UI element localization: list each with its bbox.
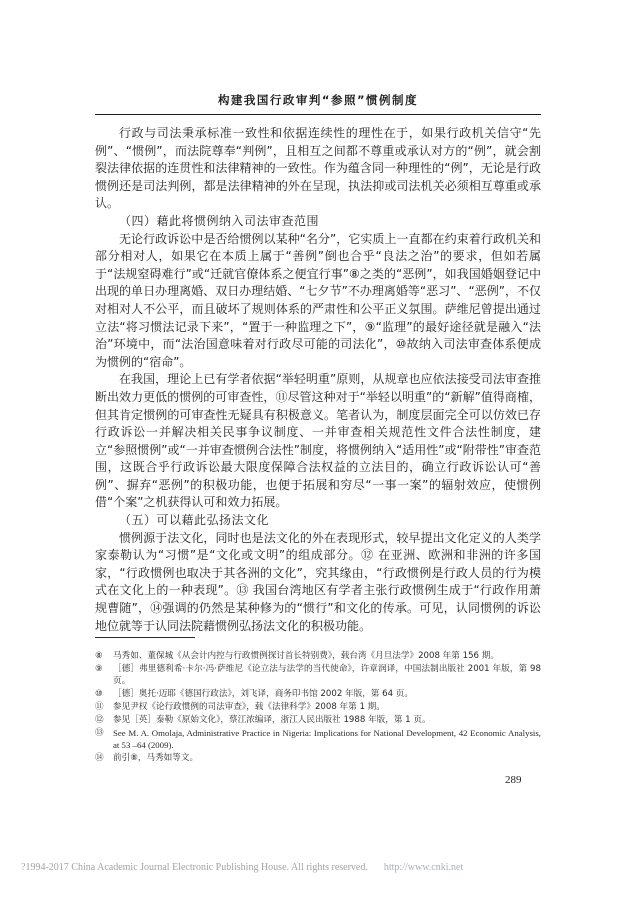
footnote-item: ⑪参见尹权《论行政惯例的司法审查》，载《法律科学》2008 年第 1 期。 (95, 701, 541, 713)
running-head: 构建我国行政审判“参照”惯例制度 (95, 92, 541, 115)
body-paragraph: 惯例源于法文化，同时也是法文化的外在表现形式，较早提出文化定义的人类学家泰勒认为… (95, 530, 541, 636)
footnote-text: 参见［英］泰勒《原始文化》，蔡江浓编译，浙江人民出版社 1988 年版，第 1 … (109, 714, 541, 726)
header-rule (95, 114, 541, 115)
footnote-marker: ⑭ (95, 752, 109, 764)
footnote-text: ［德］奥托·迈耶《德国行政法》，刘飞译，商务印书馆 2002 年版，第 64 页… (109, 688, 541, 700)
footnote-text: 前引⑧，马秀如等文。 (109, 752, 541, 764)
section-heading: （四）藉此将惯例纳入司法审查范围 (95, 213, 541, 231)
footnote-marker: ⑬ (95, 727, 109, 739)
article-title: 构建我国行政审判“参照”惯例制度 (95, 92, 541, 108)
footnote-item: ⑨［德］弗里德利希·卡尔·冯·萨维尼《论立法与法学的当代使命》，许章润译，中国法… (95, 663, 541, 687)
footnote-text: 马秀如、董保城《从会计内控与行政惯例探讨首长特别费》，载台湾《月旦法学》2008… (109, 650, 541, 662)
page-number: 289 (505, 774, 522, 786)
footnote-marker: ⑨ (95, 663, 109, 675)
footnote-item: ⑭前引⑧，马秀如等文。 (95, 752, 541, 764)
article-body: 行政与司法秉承标准一致性和依据连续性的理性在于，如果行政机关信守“先例”、“惯例… (95, 125, 541, 635)
footnote-item: ⑫参见［英］泰勒《原始文化》，蔡江浓编译，浙江人民出版社 1988 年版，第 1… (95, 714, 541, 726)
footnote-text: 参见尹权《论行政惯例的司法审查》，载《法律科学》2008 年第 1 期。 (109, 701, 541, 713)
footnote-text: ［德］弗里德利希·卡尔·冯·萨维尼《论立法与法学的当代使命》，许章润译，中国法制… (109, 663, 541, 687)
footnote-item: ⑧马秀如、董保城《从会计内控与行政惯例探讨首长特别费》，载台湾《月旦法学》200… (95, 650, 541, 662)
body-paragraph: 无论行政诉讼中是否给惯例以某种“名分”，它实质上一直都在约束着行政机关和部分相对… (95, 231, 541, 372)
footnote-marker: ⑩ (95, 688, 109, 700)
footnote-item: ⑩［德］奥托·迈耶《德国行政法》，刘飞译，商务印书馆 2002 年版，第 64 … (95, 688, 541, 700)
copyright-text: ?1994-2017 China Academic Journal Electr… (21, 862, 368, 873)
cnki-url: http://www.cnki.net (384, 862, 463, 873)
footnote-marker: ⑪ (95, 701, 109, 713)
footnote-marker: ⑫ (95, 714, 109, 726)
footnote-marker: ⑧ (95, 650, 109, 662)
scan-footer: ?1994-2017 China Academic Journal Electr… (21, 862, 621, 873)
body-paragraph: 行政与司法秉承标准一致性和依据连续性的理性在于，如果行政机关信守“先例”、“惯例… (95, 125, 541, 213)
footnote-divider (95, 637, 195, 638)
body-paragraph: 在我国，理论上已有学者依据“举轻明重”原则，从规章也应依法接受司法审查推断出效力… (95, 371, 541, 512)
footnote-list: ⑧马秀如、董保城《从会计内控与行政惯例探讨首长特别费》，载台湾《月旦法学》200… (95, 650, 541, 765)
footnote-text: See M. A. Omolaja, Administrative Practi… (109, 727, 541, 751)
journal-page: 构建我国行政审判“参照”惯例制度 行政与司法秉承标准一致性和依据连续性的理性在于… (0, 0, 634, 897)
section-heading: （五）可以藉此弘扬法文化 (95, 512, 541, 530)
footnote-item: ⑬See M. A. Omolaja, Administrative Pract… (95, 727, 541, 751)
